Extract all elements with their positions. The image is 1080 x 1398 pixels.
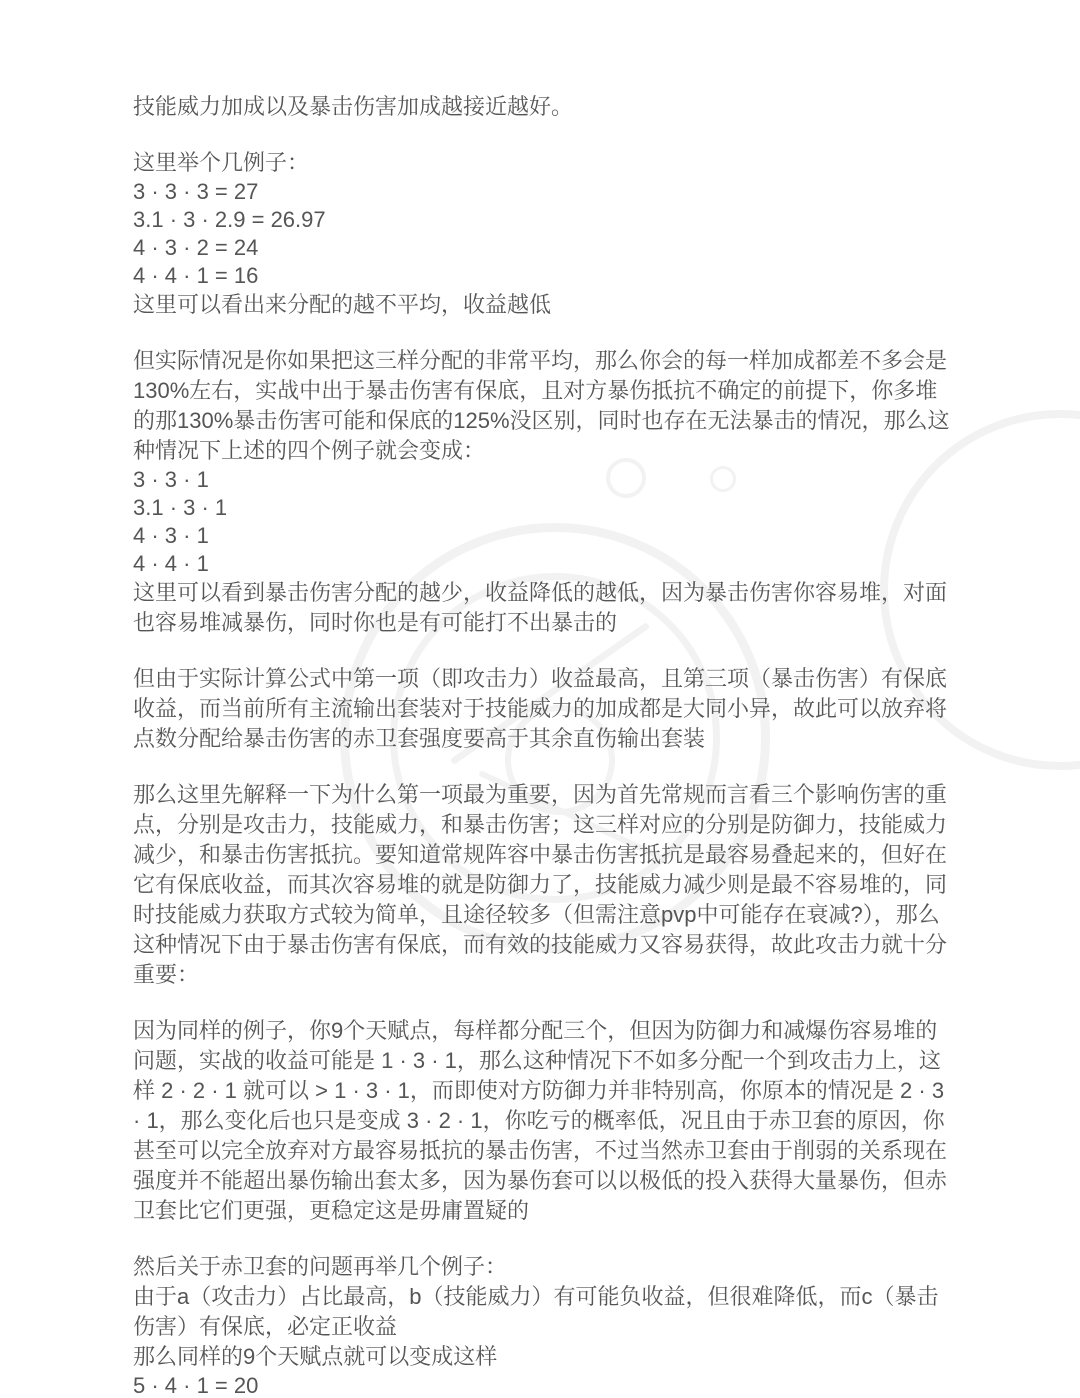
paragraph-line: 那么这里先解释一下为什么第一项最为重要，因为首先常规而言看三个影响伤害的重点，分… xyxy=(133,780,953,990)
paragraph-line: 这里可以看出来分配的越不平均，收益越低 xyxy=(133,290,953,320)
paragraph-line: 技能威力加成以及暴击伤害加成越接近越好。 xyxy=(133,92,953,122)
math-line: 4 · 3 · 1 xyxy=(133,522,953,550)
paragraph-line: 因为同样的例子，你9个天赋点，每样都分配三个，但因为防御力和减爆伤容易堆的问题，… xyxy=(133,1016,953,1226)
math-line: 3 · 3 · 3 = 27 xyxy=(133,178,953,206)
paragraph: 但由于实际计算公式中第一项（即攻击力）收益最高，且第三项（暴击伤害）有保底收益，… xyxy=(133,664,953,754)
paragraph-line: 这里可以看到暴击伤害分配的越少，收益降低的越低，因为暴击伤害你容易堆，对面也容易… xyxy=(133,578,953,638)
paragraph-line: 但由于实际计算公式中第一项（即攻击力）收益最高，且第三项（暴击伤害）有保底收益，… xyxy=(133,664,953,754)
paragraph-line: 然后关于赤卫套的问题再举几个例子： xyxy=(133,1252,953,1282)
paragraph-line: 那么同样的9个天赋点就可以变成这样 xyxy=(133,1342,953,1372)
paragraph-line: 这里举个几例子： xyxy=(133,148,953,178)
math-line: 3.1 · 3 · 1 xyxy=(133,494,953,522)
math-line: 5 · 4 · 1 = 20 xyxy=(133,1372,953,1398)
math-line: 4 · 4 · 1 = 16 xyxy=(133,262,953,290)
math-line: 3.1 · 3 · 2.9 = 26.97 xyxy=(133,206,953,234)
math-line: 4 · 4 · 1 xyxy=(133,550,953,578)
paragraph: 技能威力加成以及暴击伤害加成越接近越好。 xyxy=(133,92,953,122)
paragraph-with-list: 但实际情况是你如果把这三样分配的非常平均，那么你会的每一样加成都差不多会是130… xyxy=(133,346,953,638)
paragraph-line: 由于a（攻击力）占比最高，b（技能威力）有可能负收益，但很难降低，而c（暴击伤害… xyxy=(133,1282,953,1342)
paragraph: 那么这里先解释一下为什么第一项最为重要，因为首先常规而言看三个影响伤害的重点，分… xyxy=(133,780,953,990)
article: 技能威力加成以及暴击伤害加成越接近越好。 这里举个几例子： 3 · 3 · 3 … xyxy=(133,92,953,1398)
paragraph-line: 但实际情况是你如果把这三样分配的非常平均，那么你会的每一样加成都差不多会是130… xyxy=(133,346,953,466)
paragraph-with-example: 然后关于赤卫套的问题再举几个例子： 由于a（攻击力）占比最高，b（技能威力）有可… xyxy=(133,1252,953,1398)
example-list: 这里举个几例子： 3 · 3 · 3 = 27 3.1 · 3 · 2.9 = … xyxy=(133,148,953,320)
math-line: 3 · 3 · 1 xyxy=(133,466,953,494)
paragraph: 因为同样的例子，你9个天赋点，每样都分配三个，但因为防御力和减爆伤容易堆的问题，… xyxy=(133,1016,953,1226)
math-line: 4 · 3 · 2 = 24 xyxy=(133,234,953,262)
